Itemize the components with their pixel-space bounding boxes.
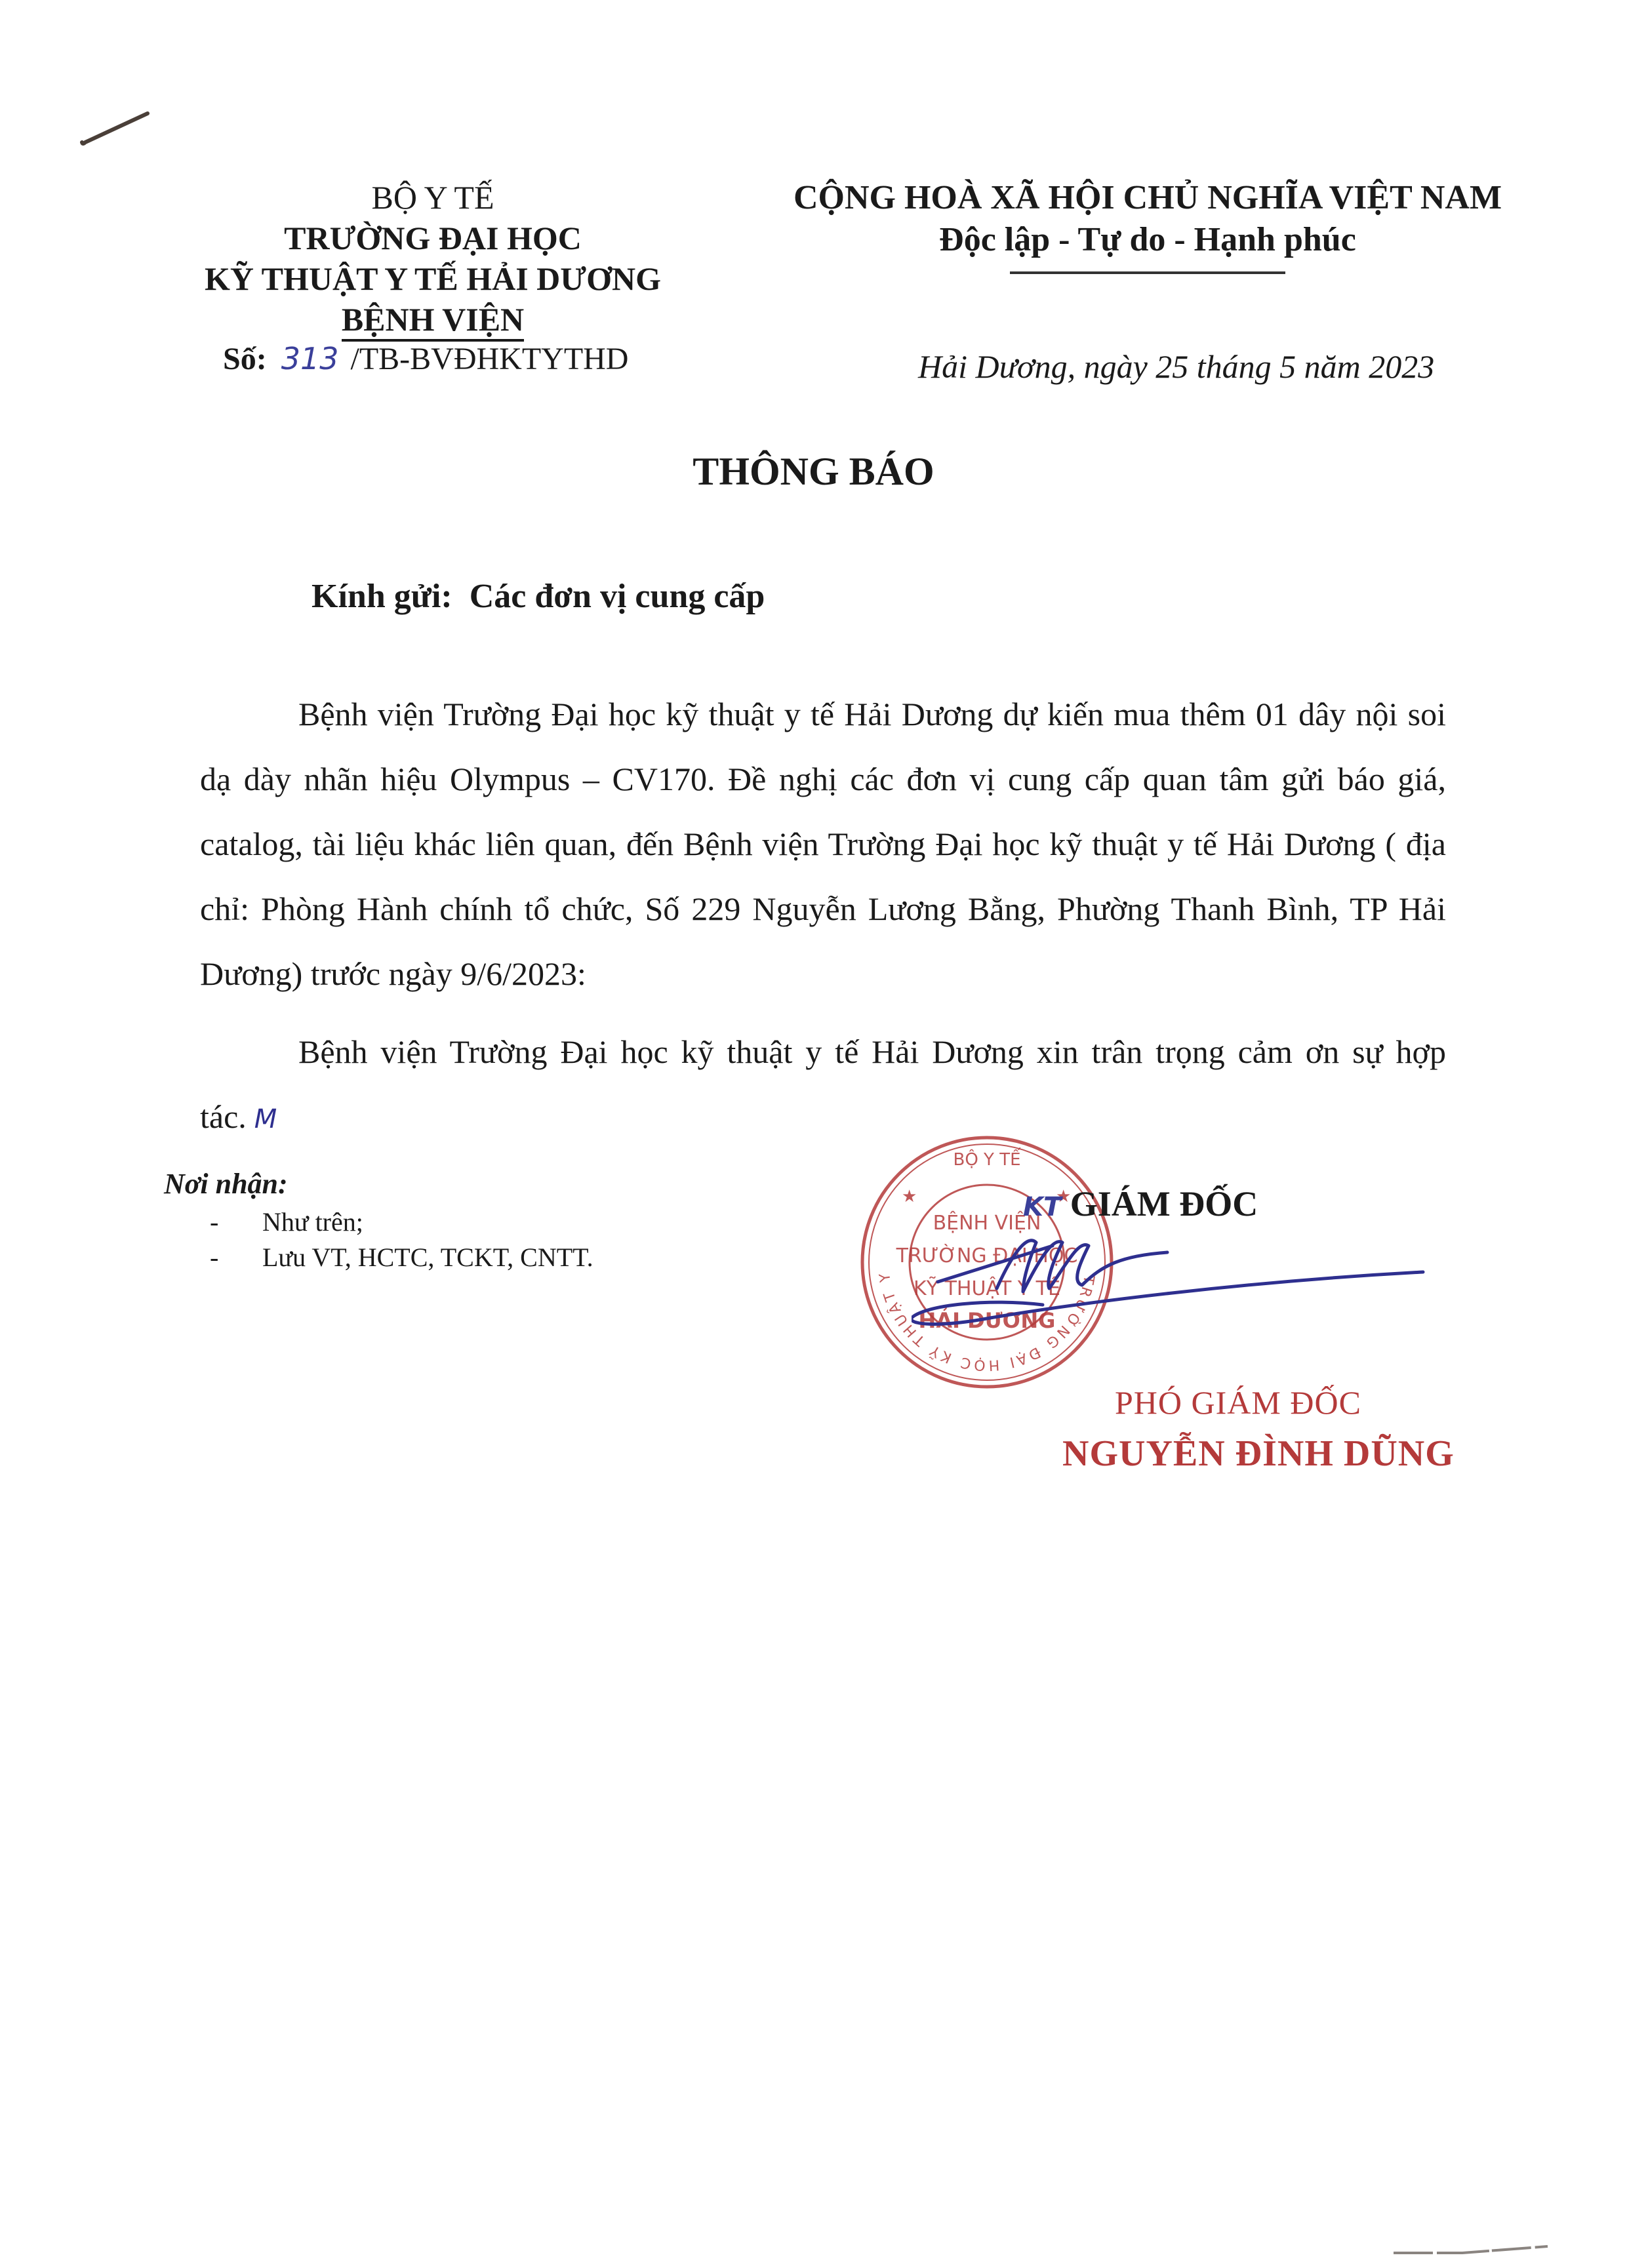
recipient-line: Kính gửi:Các đơn vị cung cấp bbox=[311, 577, 765, 616]
motto-underline bbox=[1010, 271, 1285, 274]
school-name-line1: TRƯỜNG ĐẠI HỌC bbox=[177, 218, 689, 258]
handwritten-signature bbox=[912, 1220, 1436, 1338]
nation-name: CỘNG HOÀ XÃ HỘI CHỦ NGHĨA VIỆT NAM bbox=[761, 177, 1535, 219]
distribution-item: Lưu VT, HCTC, TCKT, CNTT. bbox=[164, 1240, 593, 1275]
distribution-list: Nơi nhận: Như trên; Lưu VT, HCTC, TCKT, … bbox=[164, 1167, 593, 1275]
pen-mark-decoration bbox=[79, 108, 151, 148]
body-paragraph-2: Bệnh viện Trường Đại học kỹ thuật y tế H… bbox=[200, 1020, 1446, 1152]
handwritten-initials: M bbox=[254, 1104, 277, 1134]
on-behalf-mark: KT bbox=[1023, 1192, 1061, 1222]
signer-name: NGUYỄN ĐÌNH DŨNG bbox=[1062, 1433, 1455, 1475]
number-suffix: /TB-BVĐHKTYTHD bbox=[351, 342, 629, 376]
notice-body: Bệnh viện Trường Đại học kỹ thuật y tế H… bbox=[200, 682, 1446, 1152]
scan-artifact-line bbox=[1390, 2242, 1574, 2256]
role-title: GIÁM ĐỐC bbox=[1070, 1184, 1258, 1224]
recipient-value: Các đơn vị cung cấp bbox=[470, 578, 765, 615]
body-paragraph-1: Bệnh viện Trường Đại học kỹ thuật y tế H… bbox=[200, 682, 1446, 1006]
date-place: Hải Dương, ngày 25 tháng 5 năm 2023 bbox=[918, 348, 1434, 386]
svg-text:★: ★ bbox=[902, 1187, 917, 1206]
number-label: Số: bbox=[223, 342, 267, 376]
signatory-role: KT GIÁM ĐỐC bbox=[1023, 1184, 1258, 1224]
school-name-line2: KỸ THUẬT Y TẾ HẢI DƯƠNG bbox=[177, 258, 689, 299]
distribution-heading: Nơi nhận: bbox=[164, 1167, 593, 1201]
issuer-header: BỘ Y TẾ TRƯỜNG ĐẠI HỌC KỸ THUẬT Y TẾ HẢI… bbox=[177, 177, 689, 340]
recipient-label: Kính gửi: bbox=[311, 578, 452, 615]
national-header: CỘNG HOÀ XÃ HỘI CHỦ NGHĨA VIỆT NAM Độc l… bbox=[761, 177, 1535, 274]
ministry-name: BỘ Y TẾ bbox=[177, 177, 689, 218]
handwritten-number: 313 bbox=[281, 341, 339, 376]
signer-title: PHÓ GIÁM ĐỐC bbox=[1115, 1383, 1361, 1422]
document-number: Số:313/TB-BVĐHKTYTHD bbox=[223, 341, 628, 377]
distribution-item: Như trên; bbox=[164, 1204, 593, 1240]
stamp-outer-top: BỘ Y TẾ bbox=[953, 1147, 1021, 1170]
national-motto: Độc lập - Tự do - Hạnh phúc bbox=[761, 219, 1535, 261]
body-paragraph-2-text: Bệnh viện Trường Đại học kỹ thuật y tế H… bbox=[200, 1033, 1446, 1135]
unit-name: BỆNH VIỆN bbox=[342, 301, 524, 342]
document-title: THÔNG BÁO bbox=[0, 449, 1627, 494]
